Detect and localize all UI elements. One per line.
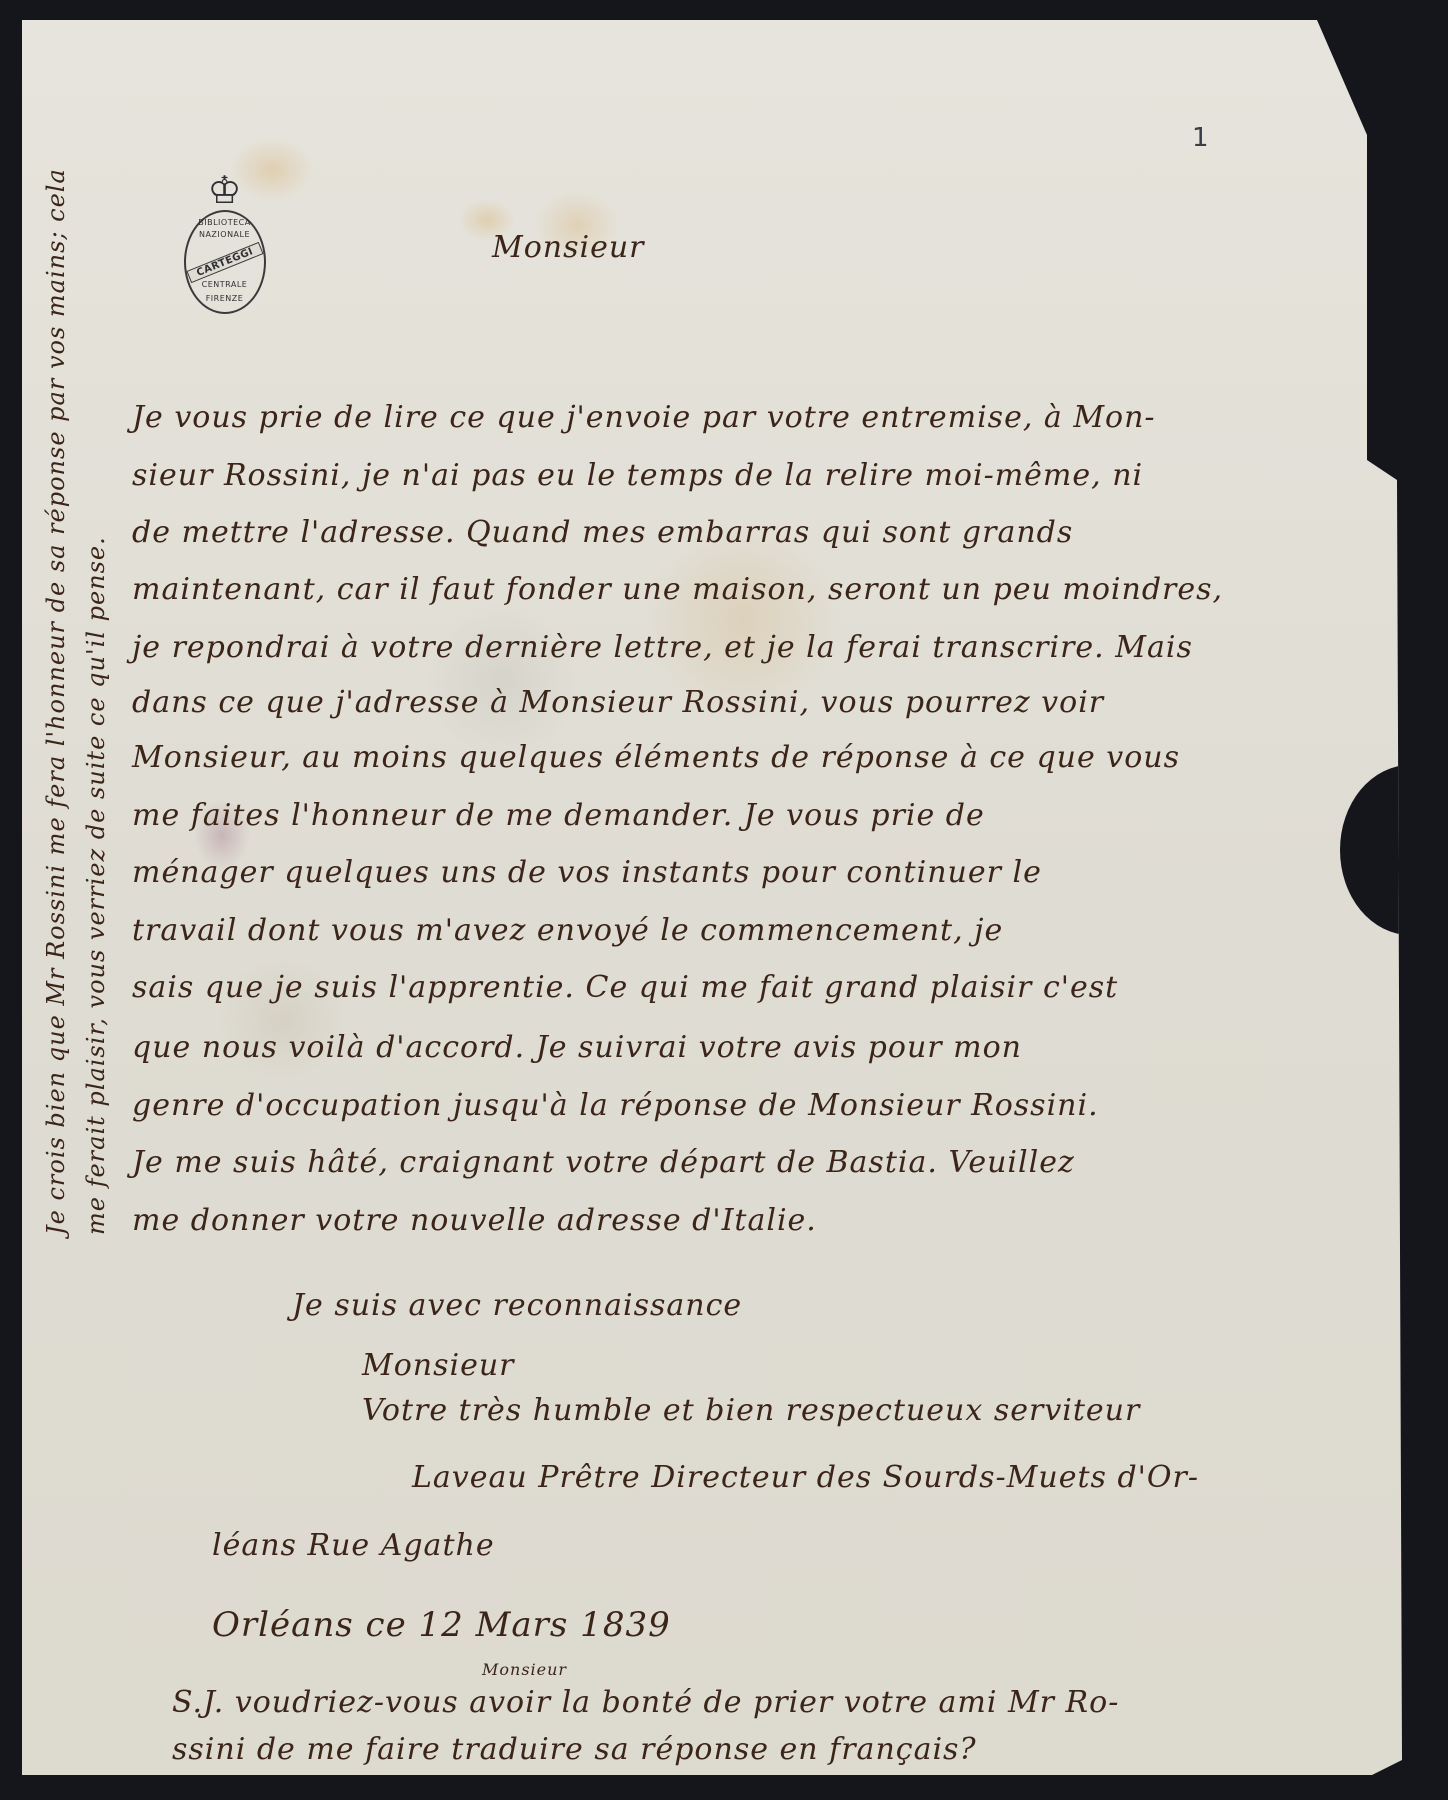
postscript-line: ssini de me faire traduire sa réponse en… [172, 1732, 977, 1767]
body-line: Je vous prie de lire ce que j'envoie par… [132, 400, 1156, 435]
stamp-text: FIRENZE [186, 294, 264, 303]
body-line: me donner votre nouvelle adresse d'Itali… [132, 1203, 817, 1238]
margin-note-line: Je crois bien que Mr Rossini me fera l'h… [42, 85, 82, 1235]
interlinear-insertion: Monsieur [482, 1660, 567, 1679]
body-line: travail dont vous m'avez envoyé le comme… [132, 913, 1003, 948]
stamp-oval: BIBLIOTECA NAZIONALE CARTEGGI CENTRALE F… [184, 210, 266, 314]
closing-line: Votre très humble et bien respectueux se… [362, 1393, 1140, 1428]
body-line: sais que je suis l'apprentie. Ce qui me … [132, 970, 1118, 1005]
body-line: Je me suis hâté, craignant votre départ … [132, 1145, 1075, 1180]
body-line: sieur Rossini, je n'ai pas eu le temps d… [132, 458, 1143, 493]
margin-note-line: me ferait plaisir, vous verriez de suite… [82, 85, 122, 1235]
stamp-text: BIBLIOTECA [186, 218, 264, 227]
postscript-line: S.J. voudriez-vous avoir la bonté de pri… [172, 1685, 1119, 1720]
body-line: dans ce que j'adresse à Monsieur Rossini… [132, 685, 1104, 720]
body-line: Monsieur, au moins quelques éléments de … [132, 740, 1180, 775]
stamp-text: CARTEGGI [186, 242, 263, 283]
closing-line: Je suis avec reconnaissance [292, 1288, 742, 1323]
signature: Laveau Prêtre Directeur des Sourds-Muets… [412, 1460, 1199, 1495]
body-line: maintenant, car il faut fonder une maiso… [132, 572, 1223, 607]
body-line: ménager quelques uns de vos instants pou… [132, 855, 1042, 890]
margin-note: Je crois bien que Mr Rossini me fera l'h… [42, 85, 122, 1235]
closing-line: Monsieur [362, 1348, 515, 1383]
paper-tear [1340, 765, 1448, 935]
body-line: que nous voilà d'accord. Je suivrai votr… [132, 1030, 1022, 1065]
body-line: me faites l'honneur de me demander. Je v… [132, 798, 985, 833]
library-stamp: ♔ BIBLIOTECA NAZIONALE CARTEGGI CENTRALE… [182, 170, 267, 350]
salutation: Monsieur [492, 230, 645, 265]
letter-sheet: ♔ BIBLIOTECA NAZIONALE CARTEGGI CENTRALE… [22, 20, 1402, 1775]
crown-icon: ♔ [182, 170, 267, 210]
body-line: de mettre l'adresse. Quand mes embarras … [132, 515, 1073, 550]
place-date: Orléans ce 12 Mars 1839 [212, 1605, 671, 1645]
body-line: genre d'occupation jusqu'à la réponse de… [132, 1088, 1099, 1123]
body-line: je repondrai à votre dernière lettre, et… [132, 630, 1193, 665]
folio-number: 1 [1192, 123, 1209, 153]
stamp-text: NAZIONALE [186, 230, 264, 239]
signature-continued: léans Rue Agathe [212, 1528, 495, 1563]
stamp-text: CENTRALE [186, 280, 264, 289]
